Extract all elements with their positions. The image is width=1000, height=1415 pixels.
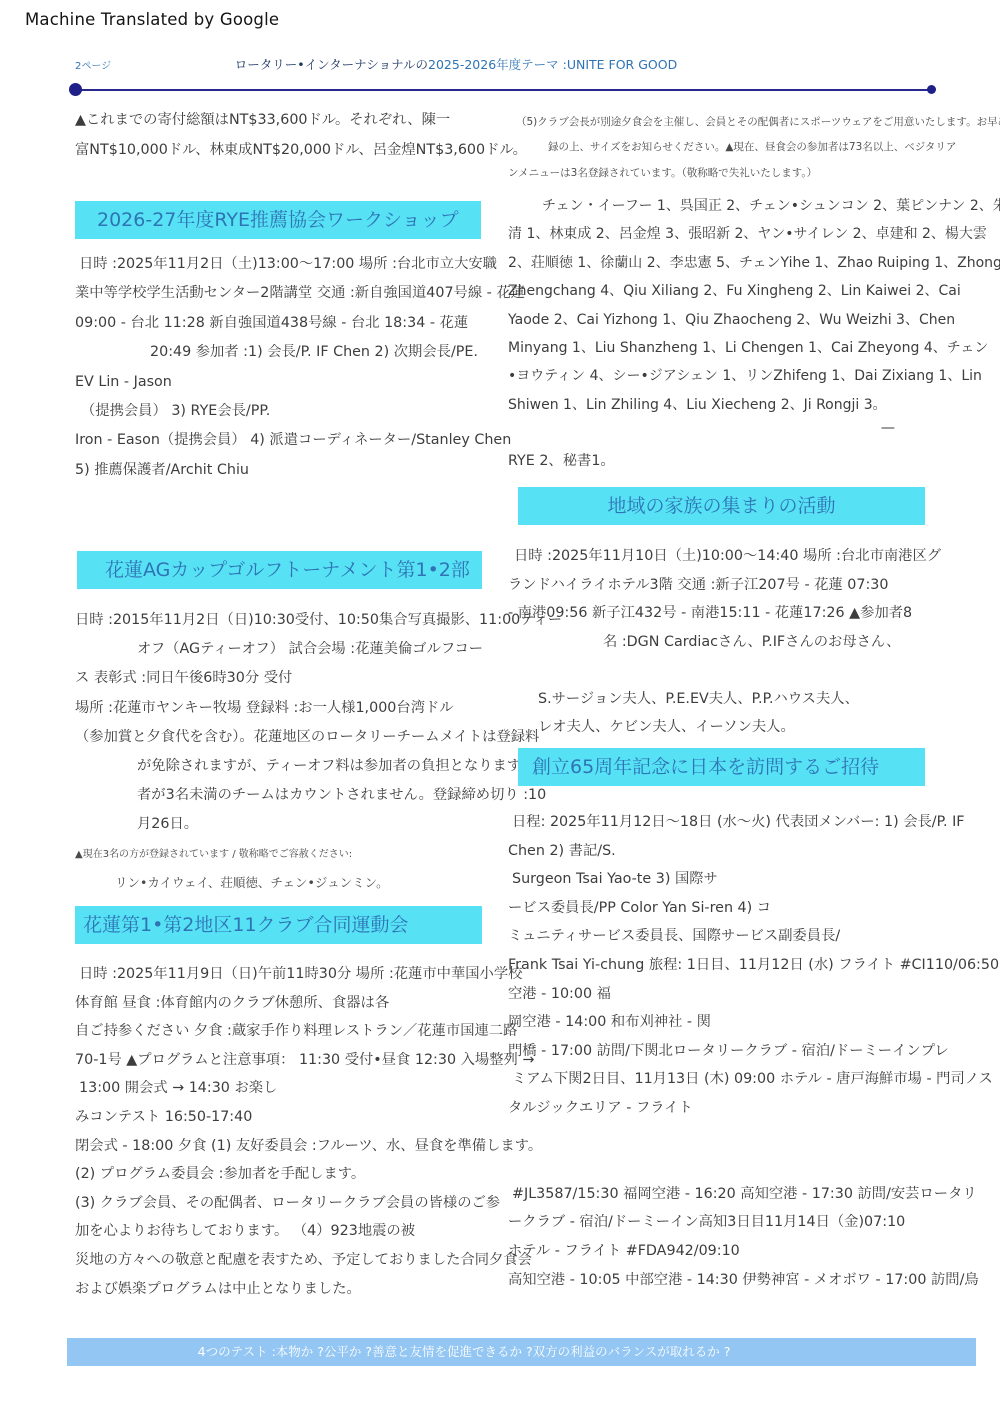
- document-title: ロータリー•インターナショナルの2025-2026年度テーマ :UNITE FO…: [0, 55, 912, 73]
- title-theme: 2025-2026年度テーマ :UNITE FOR GOOD: [428, 57, 677, 72]
- text-line: （参加賞と夕食代を含む）。花蓮地区のロータリーチームメイトは登録料: [75, 723, 482, 752]
- text-line: タルジックエリア - フライト: [508, 1094, 928, 1123]
- text-line: 5) 推薦保護者/Archit Chiu: [75, 456, 482, 485]
- text-line: ▲これまでの寄付総額はNT$33,600ドル。それぞれ、陳一: [75, 105, 482, 135]
- text-line: EV Lin - Jason: [75, 368, 482, 397]
- footer-bar: 4つのテスト :本物か ?公平か ?善意と友情を促進できるか ?双方の利益のバラ…: [67, 1338, 976, 1366]
- text-line: 2、荘順徳 1、徐蘭山 2、李忠憲 5、チェンYihe 1、Zhao Ruipi…: [508, 249, 928, 277]
- japan-visit-text: 日程: 2025年11月12日～18日 (水～火) 代表団メンバー: 1) 会長…: [508, 808, 928, 1294]
- text-line: 清 1、林東成 2、呂金煌 3、張昭新 2、ヤン•サイレン 2、卓建和 2、楊大…: [508, 220, 928, 248]
- text-line: 高知空港 - 10:05 中部空港 - 14:30 伊勢神宮 - メオボワ - …: [508, 1266, 928, 1295]
- rule-left-dot: [69, 83, 82, 96]
- text-line: ホテル - フライト #FDA942/09:10: [508, 1237, 928, 1266]
- text-line: が免除されますが、ティーオフ料は参加者の負担となります。参加: [75, 752, 482, 781]
- text-line: [508, 1123, 928, 1152]
- text-line: ークラブ - 宿泊/ドーミーイン高知3日目11月14日（金)07:10: [508, 1208, 928, 1237]
- newsletter-page: Machine Translated by Google 2ページ ロータリー•…: [0, 0, 1000, 1415]
- text-line: Surgeon Tsai Yao-te 3) 国際サ: [508, 865, 928, 894]
- text-line: Minyang 1、Liu Shanzheng 1、Li Chengen 1、C…: [508, 334, 928, 362]
- dinner-sportswear-notice: （5)クラブ会長が別途夕食会を主催し、会員とその配偶者にスポーツウェアをご用意い…: [508, 110, 928, 186]
- text-line: Zhengchang 4、Qiu Xiliang 2、Fu Xingheng 2…: [508, 277, 928, 305]
- text-line: （提携会員） 3) RYE会長/PP.: [75, 397, 482, 426]
- golf-registration-note: ▲現在3名の方が登録されています / 敬称略でご容赦ください:リン•カイウェイ、…: [75, 841, 482, 897]
- header-rule: [75, 89, 935, 91]
- text-line: ミュニティサービス委員長、国際サービス副委員長/: [508, 922, 928, 951]
- text-line: Yaode 2、Cai Yizhong 1、Qiu Zhaocheng 2、Wu…: [508, 306, 928, 334]
- text-line: 09:00 - 台北 11:28 新自強国道438号線 - 台北 18:34 -…: [75, 309, 482, 338]
- text-line: 月26日。: [75, 810, 482, 839]
- text-line: みコンテスト 16:50-17:40: [75, 1103, 482, 1132]
- section-header-japan-visit: 創立65周年記念に日本を訪問するご招待: [518, 748, 925, 786]
- text-line: 閉会式 - 18:00 夕食 (1) 友好委員会 :フルーツ、水、昼食を準備しま…: [75, 1132, 482, 1161]
- text-line: •ヨウティン 4、シー•ジアシェン 1、リンZhifeng 1、Dai Zixi…: [508, 362, 928, 390]
- text-line: 名 :DGN Cardiacさん、P.IFさんのお母さん、: [508, 628, 928, 657]
- rye-workshop-text: 日時 :2025年11月2日（土)13:00～17:00 場所 :台北市立大安職…: [75, 250, 482, 485]
- text-line: （5)クラブ会長が別途夕食会を主催し、会員とその配偶者にスポーツウェアをご用意い…: [508, 110, 928, 135]
- text-line: レオ夫人、ケビン夫人、イーソン夫人。: [508, 713, 928, 742]
- section-header-golf-tournament: 花蓮AGカップゴルフトーナメント第1•2部: [77, 551, 482, 589]
- text-line: Iron - Eason（提携会員） 4) 派遣コーディネーター/Stanley…: [75, 426, 482, 455]
- text-line: 日程: 2025年11月12日～18日 (水～火) 代表団メンバー: 1) 会長…: [508, 808, 928, 837]
- sports-meet-text: 日時 :2025年11月9日（日)午前11時30分 場所 :花蓮市中華国小学校体…: [75, 960, 482, 1303]
- text-line: および娯楽プログラムは中止となりました。: [75, 1275, 482, 1304]
- translator-note: Machine Translated by Google: [25, 10, 279, 29]
- rule-right-dot: [927, 85, 936, 94]
- text-line: オフ（AGティーオフ） 試合会場 :花蓮美倫ゴルフコー: [75, 635, 482, 664]
- text-line: ミアム下関2日目、11月13日 (木) 09:00 ホテル - 唐戸海鮮市場 -…: [508, 1065, 928, 1094]
- text-line: 20:49 参加者 :1) 会長/P. IF Chen 2) 次期会長/PE.: [75, 338, 482, 367]
- text-line: - 南港09:56 新子江432号 - 南港15:11 - 花蓮17:26 ▲参…: [508, 599, 928, 628]
- text-line: 加を心よりお待ちしております。 （4）923地震の被: [75, 1217, 482, 1246]
- text-line: [508, 1151, 928, 1180]
- text-line: 岡空港 - 14:00 和布刈神社 - 関: [508, 1008, 928, 1037]
- title-prefix: ロータリー•インターナショナルの: [235, 57, 428, 72]
- text-line: チェン・イーフー 1、呉国正 2、チェン•シュンコン 2、葉ピンナン 2、朱文: [508, 192, 928, 220]
- text-line: 自ご持参ください 夕食 :蔵家手作り料理レストラン／花蓮市国連二路: [75, 1017, 482, 1046]
- text-line: #JL3587/15:30 福岡空港 - 16:20 高知空港 - 17:30 …: [508, 1180, 928, 1209]
- section-header-rye-workshop: 2026-27年度RYE推薦協会ワークショップ: [75, 201, 481, 239]
- text-line: 13:00 開会式 → 14:30 お楽し: [75, 1074, 482, 1103]
- text-line: Shiwen 1、Lin Zhiling 4、Liu Xiecheng 2、Ji…: [508, 391, 928, 419]
- left-column: ▲これまでの寄付総額はNT$33,600ドル。それぞれ、陳一富NT$10,000…: [75, 100, 482, 1350]
- text-line: 日時 :2015年11月2日（日)10:30受付、10:50集合写真撮影、11:…: [75, 606, 482, 635]
- text-line: ランドハイライホテル3階 交通 :新子江207号 - 花蓮 07:30: [508, 571, 928, 600]
- four-way-test-text: 4つのテスト :本物か ?公平か ?善意と友情を促進できるか ?双方の利益のバラ…: [198, 1344, 731, 1359]
- text-line: 日時 :2025年11月2日（土)13:00～17:00 場所 :台北市立大安職: [75, 250, 482, 279]
- text-line: 門橋 - 17:00 訪問/下関北ロータリークラブ - 宿泊/ドーミーインプレ: [508, 1037, 928, 1066]
- text-line: ▲現在3名の方が登録されています / 敬称略でご容赦ください:: [75, 841, 482, 869]
- text-line: [508, 656, 928, 685]
- text-line: 場所 :花蓮市ヤンキー牧場 登録料 :お一人様1,000台湾ドル: [75, 694, 482, 723]
- attendee-dash: —: [508, 420, 915, 436]
- text-line: 空港 - 10:00 福: [508, 980, 928, 1009]
- text-line: ービス委員長/PP Color Yan Si-ren 4) コ: [508, 894, 928, 923]
- text-line: 者が3名未満のチームはカウントされません。登録締め切り :10: [75, 781, 482, 810]
- text-line: Frank Tsai Yi-chung 旅程: 1日目、11月12日 (水) フ…: [508, 951, 928, 980]
- text-line: 録の上、サイズをお知らせください。▲現在、昼食会の参加者は73名以上、ベジタリア: [508, 135, 928, 160]
- attendee-rye-note: RYE 2、秘書1。: [508, 450, 928, 470]
- section-header-joint-sports-meet: 花蓮第1•第2地区11クラブ合同運動会: [75, 906, 482, 944]
- text-line: Chen 2) 書記/S.: [508, 837, 928, 866]
- golf-tournament-text: 日時 :2015年11月2日（日)10:30受付、10:50集合写真撮影、11:…: [75, 606, 482, 840]
- text-line: ス 表彰式 :同日午後6時30分 受付: [75, 664, 482, 693]
- text-line: 富NT$10,000ドル、林東成NT$20,000ドル、呂金煌NT$3,600ド…: [75, 135, 482, 165]
- section-header-family-gathering: 地域の家族の集まりの活動: [518, 487, 925, 525]
- text-line: 業中等学校学生活動センター2階講堂 交通 :新自強国道407号線 - 花蓮: [75, 279, 482, 308]
- text-line: 日時 :2025年11月9日（日)午前11時30分 場所 :花蓮市中華国小学校: [75, 960, 482, 989]
- text-line: リン•カイウェイ、荘順徳、チェン•ジュンミン。: [75, 869, 482, 897]
- right-column: （5)クラブ会長が別途夕食会を主催し、会員とその配偶者にスポーツウェアをご用意い…: [508, 100, 928, 1350]
- family-gathering-text: 日時 :2025年11月10日（土)10:00～14:40 場所 :台北市南港区…: [508, 542, 928, 742]
- text-line: S.サージョン夫人、P.E.EV夫人、P.P.ハウス夫人、: [508, 685, 928, 714]
- donation-paragraph: ▲これまでの寄付総額はNT$33,600ドル。それぞれ、陳一富NT$10,000…: [75, 105, 482, 165]
- text-line: (3) クラブ会員、その配偶者、ロータリークラブ会員の皆様のご参: [75, 1189, 482, 1218]
- text-line: 70-1号 ▲プログラムと注意事項： 11:30 受付•昼食 12:30 入場整…: [75, 1046, 482, 1075]
- attendee-list: チェン・イーフー 1、呉国正 2、チェン•シュンコン 2、葉ピンナン 2、朱文清…: [508, 192, 928, 419]
- text-line: 体育館 昼食 :体育館内のクラブ休憩所、食器は各: [75, 989, 482, 1018]
- text-line: 災地の方々への敬意と配慮を表すため、予定しておりました合同夕食会: [75, 1246, 482, 1275]
- text-line: ンメニューは3名登録されています。（敬称略で失礼いたします。）: [508, 161, 928, 186]
- text-line: 日時 :2025年11月10日（土)10:00～14:40 場所 :台北市南港区…: [508, 542, 928, 571]
- text-line: (2) プログラム委員会 :参加者を手配します。: [75, 1160, 482, 1189]
